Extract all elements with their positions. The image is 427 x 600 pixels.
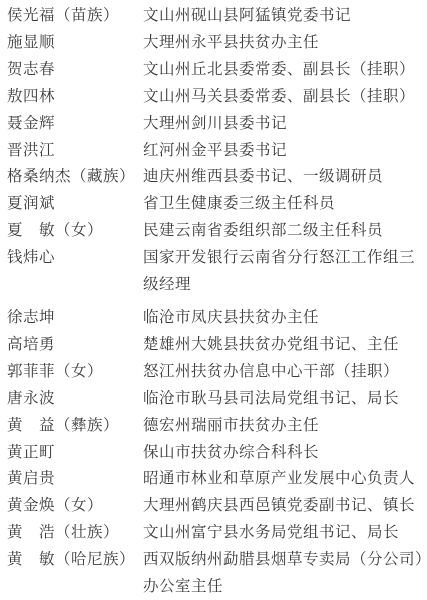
person-name: 黄 敏（哈尼族） <box>7 547 143 574</box>
person-title: 临沧市耿马县司法局党组书记、局长 <box>143 386 424 413</box>
person-title: 迪庆州维西县委书记、一级调研员 <box>143 164 424 191</box>
person-title: 临沧市凤庆县扶贫办主任 <box>143 305 424 332</box>
person-name: 敖四林 <box>7 84 143 111</box>
roster-row: 聂金辉大理州剑川县委书记 <box>7 111 427 138</box>
person-name: 黄 浩（壮族） <box>7 520 143 547</box>
person-name: 夏润斌 <box>7 191 143 218</box>
person-title: 怒江州扶贫办信息中心干部（挂职） <box>143 359 424 386</box>
person-name: 施显顺 <box>7 30 143 57</box>
person-title: 大理州剑川县委书记 <box>143 111 424 138</box>
roster-row: 黄 敏（哈尼族）西双版纳州勐腊县烟草专卖局（分公司）办公室主任 <box>7 547 427 600</box>
person-title: 文山州丘北县委常委、副县长（挂职） <box>143 57 424 84</box>
roster-row: 夏 敏（女）民建云南省委组织部二级主任科员 <box>7 218 427 245</box>
person-name: 格桑纳杰（藏族） <box>7 164 143 191</box>
roster-row: 晋洪江红河州金平县委书记 <box>7 138 427 165</box>
roster-row: 徐志坤临沧市凤庆县扶贫办主任 <box>7 305 427 332</box>
roster-row: 高培勇楚雄州大姚县扶贫办党组书记、主任 <box>7 332 427 359</box>
roster-row: 黄 益（彝族）德宏州瑞丽市扶贫办主任 <box>7 413 427 440</box>
person-title: 国家开发银行云南省分行怒江工作组三级经理 <box>143 245 424 299</box>
roster-row: 黄正町保山市扶贫办综合科科长 <box>7 440 427 467</box>
person-name: 郭菲菲（女） <box>7 359 143 386</box>
award-roster-document: 侯光福（苗族）文山州砚山县阿猛镇党委书记施显顺大理州永平县扶贫办主任贺志春文山州… <box>0 0 427 600</box>
person-title: 西双版纳州勐腊县烟草专卖局（分公司）办公室主任 <box>143 547 424 600</box>
person-name: 黄正町 <box>7 440 143 467</box>
roster-row: 格桑纳杰（藏族）迪庆州维西县委书记、一级调研员 <box>7 164 427 191</box>
roster-row: 敖四林文山州马关县委常委、副县长（挂职） <box>7 84 427 111</box>
roster-row: 黄 浩（壮族）文山州富宁县水务局党组书记、局长 <box>7 520 427 547</box>
person-name: 黄启贵 <box>7 466 143 493</box>
person-title: 大理州永平县扶贫办主任 <box>143 30 424 57</box>
person-title: 文山州马关县委常委、副县长（挂职） <box>143 84 424 111</box>
person-title: 文山州富宁县水务局党组书记、局长 <box>143 520 424 547</box>
roster-row: 郭菲菲（女）怒江州扶贫办信息中心干部（挂职） <box>7 359 427 386</box>
roster-row: 施显顺大理州永平县扶贫办主任 <box>7 30 427 57</box>
person-name: 黄金焕（女） <box>7 493 143 520</box>
person-title: 文山州砚山县阿猛镇党委书记 <box>143 3 424 30</box>
person-name: 高培勇 <box>7 332 143 359</box>
roster-row: 黄金焕（女）大理州鹤庆县西邑镇党委副书记、镇长 <box>7 493 427 520</box>
roster-row: 唐永波临沧市耿马县司法局党组书记、局长 <box>7 386 427 413</box>
person-title: 民建云南省委组织部二级主任科员 <box>143 218 424 245</box>
person-title: 楚雄州大姚县扶贫办党组书记、主任 <box>143 332 424 359</box>
person-name: 贺志春 <box>7 57 143 84</box>
roster-row: 夏润斌省卫生健康委三级主任科员 <box>7 191 427 218</box>
person-title: 保山市扶贫办综合科科长 <box>143 440 424 467</box>
person-title: 省卫生健康委三级主任科员 <box>143 191 424 218</box>
person-title: 大理州鹤庆县西邑镇党委副书记、镇长 <box>143 493 424 520</box>
person-name: 徐志坤 <box>7 305 143 332</box>
person-title: 德宏州瑞丽市扶贫办主任 <box>143 413 424 440</box>
roster-row: 贺志春文山州丘北县委常委、副县长（挂职） <box>7 57 427 84</box>
person-name: 钱炜心 <box>7 245 143 272</box>
person-name: 晋洪江 <box>7 138 143 165</box>
roster-row: 侯光福（苗族）文山州砚山县阿猛镇党委书记 <box>7 3 427 30</box>
person-name: 黄 益（彝族） <box>7 413 143 440</box>
roster-row: 黄启贵昭通市林业和草原产业发展中心负责人 <box>7 466 427 493</box>
person-name: 聂金辉 <box>7 111 143 138</box>
roster-row: 钱炜心国家开发银行云南省分行怒江工作组三级经理 <box>7 245 427 299</box>
person-title: 红河州金平县委书记 <box>143 138 424 165</box>
person-name: 唐永波 <box>7 386 143 413</box>
person-name: 夏 敏（女） <box>7 218 143 245</box>
person-name: 侯光福（苗族） <box>7 3 143 30</box>
person-title: 昭通市林业和草原产业发展中心负责人 <box>143 466 424 493</box>
